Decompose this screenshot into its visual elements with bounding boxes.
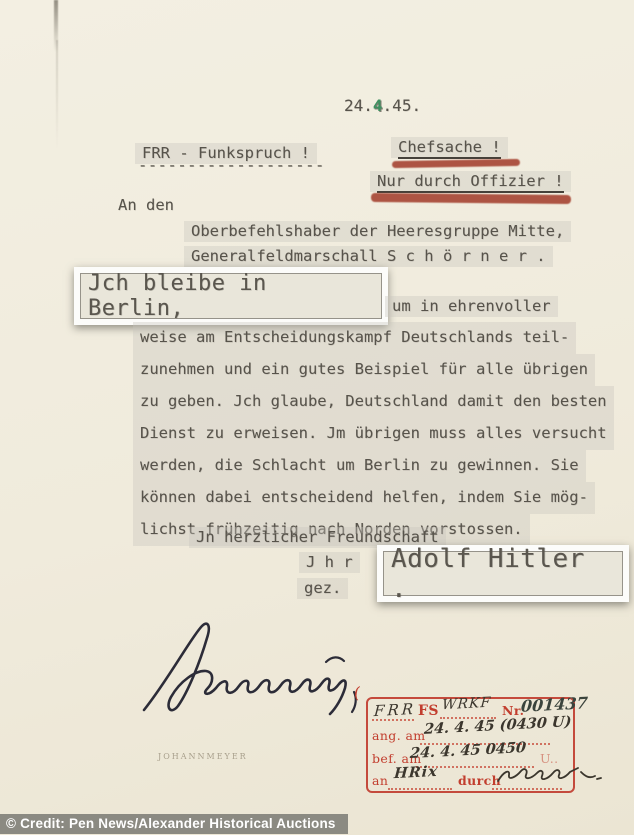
salutation-an-den: An den — [118, 196, 174, 214]
letter-body: weise am Entscheidungskampf Deutschlands… — [140, 322, 614, 546]
green-pencil-digit: 4 — [373, 96, 383, 115]
nur-durch-offizier-text: Nur durch Offizier ! — [377, 172, 564, 193]
body-line: werden, die Schlacht um Berlin zu gewinn… — [133, 450, 586, 482]
after-highlight-text: um in ehrenvoller — [385, 296, 558, 317]
highlight-hitler-text: Adolf Hitler . — [391, 544, 615, 604]
faint-name-stamp: JOHANNMEYER — [158, 752, 248, 761]
body-line: zu geben. Jch glaube, Deutschland damit … — [133, 386, 614, 418]
stamp-dotted-line — [372, 718, 414, 721]
red-crayon-underline — [371, 193, 571, 204]
body-line: weise am Entscheidungskampf Deutschlands… — [133, 322, 576, 354]
date-suffix: .45. — [383, 96, 422, 115]
stamp-hand-wrkf: WRKF — [441, 695, 491, 714]
highlight-inset-hitler: Adolf Hitler . — [377, 545, 629, 602]
johannmeyer-signature-scribble — [140, 616, 360, 720]
highlight-inset-berlin: Jch bleibe in Berlin, — [74, 267, 388, 325]
highlight-berlin-text: Jch bleibe in Berlin, — [88, 271, 374, 321]
closing-jhr: J h r — [299, 552, 360, 573]
chefsache-line: Chefsache ! — [391, 137, 508, 158]
nur-durch-offizier-line: Nur durch Offizier ! — [370, 171, 571, 192]
red-crayon-underline — [392, 159, 520, 168]
addressee-line-1: Oberbefehlshaber der Heeresgruppe Mitte, — [184, 221, 571, 242]
stamp-dotted-line — [388, 787, 452, 790]
body-line: zunehmen und ein gutes Beispiel für alle… — [133, 354, 595, 386]
body-line: können dabei entscheidend helfen, indem … — [133, 482, 595, 514]
stamp-label-fs: FS — [418, 703, 439, 719]
stamp-paren-mark: ( — [353, 683, 362, 703]
date-line: 24.4.45. — [344, 96, 421, 115]
receipt-stamp: FRR FS WRKF Nr. 001437 ang. am 24. 4. 45… — [366, 697, 575, 793]
date-prefix: 24. — [344, 96, 373, 115]
addressee-line-2: Generalfeldmarschall S c h ö r n e r . — [184, 246, 553, 267]
stamp-hand-an-recipient: HRix — [393, 763, 438, 782]
stamp-hand-number: 001437 — [520, 693, 588, 716]
document-photo: 24.4.45. FRR - Funkspruch ! ------------… — [0, 0, 634, 835]
closing-gez: gez. — [297, 578, 348, 599]
funkspruch-dashed-underline: ------------------- — [138, 156, 325, 174]
body-line: Dienst zu erweisen. Jm übrigen muss alle… — [133, 418, 614, 450]
stamp-label-an: an — [372, 773, 388, 788]
stamp-label-ang-am: ang. am — [372, 728, 426, 743]
clerk-signature-scribble — [494, 763, 604, 789]
chefsache-text: Chefsache ! — [398, 138, 501, 159]
photo-credit-bar: © Credit: Pen News/Alexander Historical … — [0, 814, 348, 834]
paper-smudge-mark — [56, 40, 58, 150]
